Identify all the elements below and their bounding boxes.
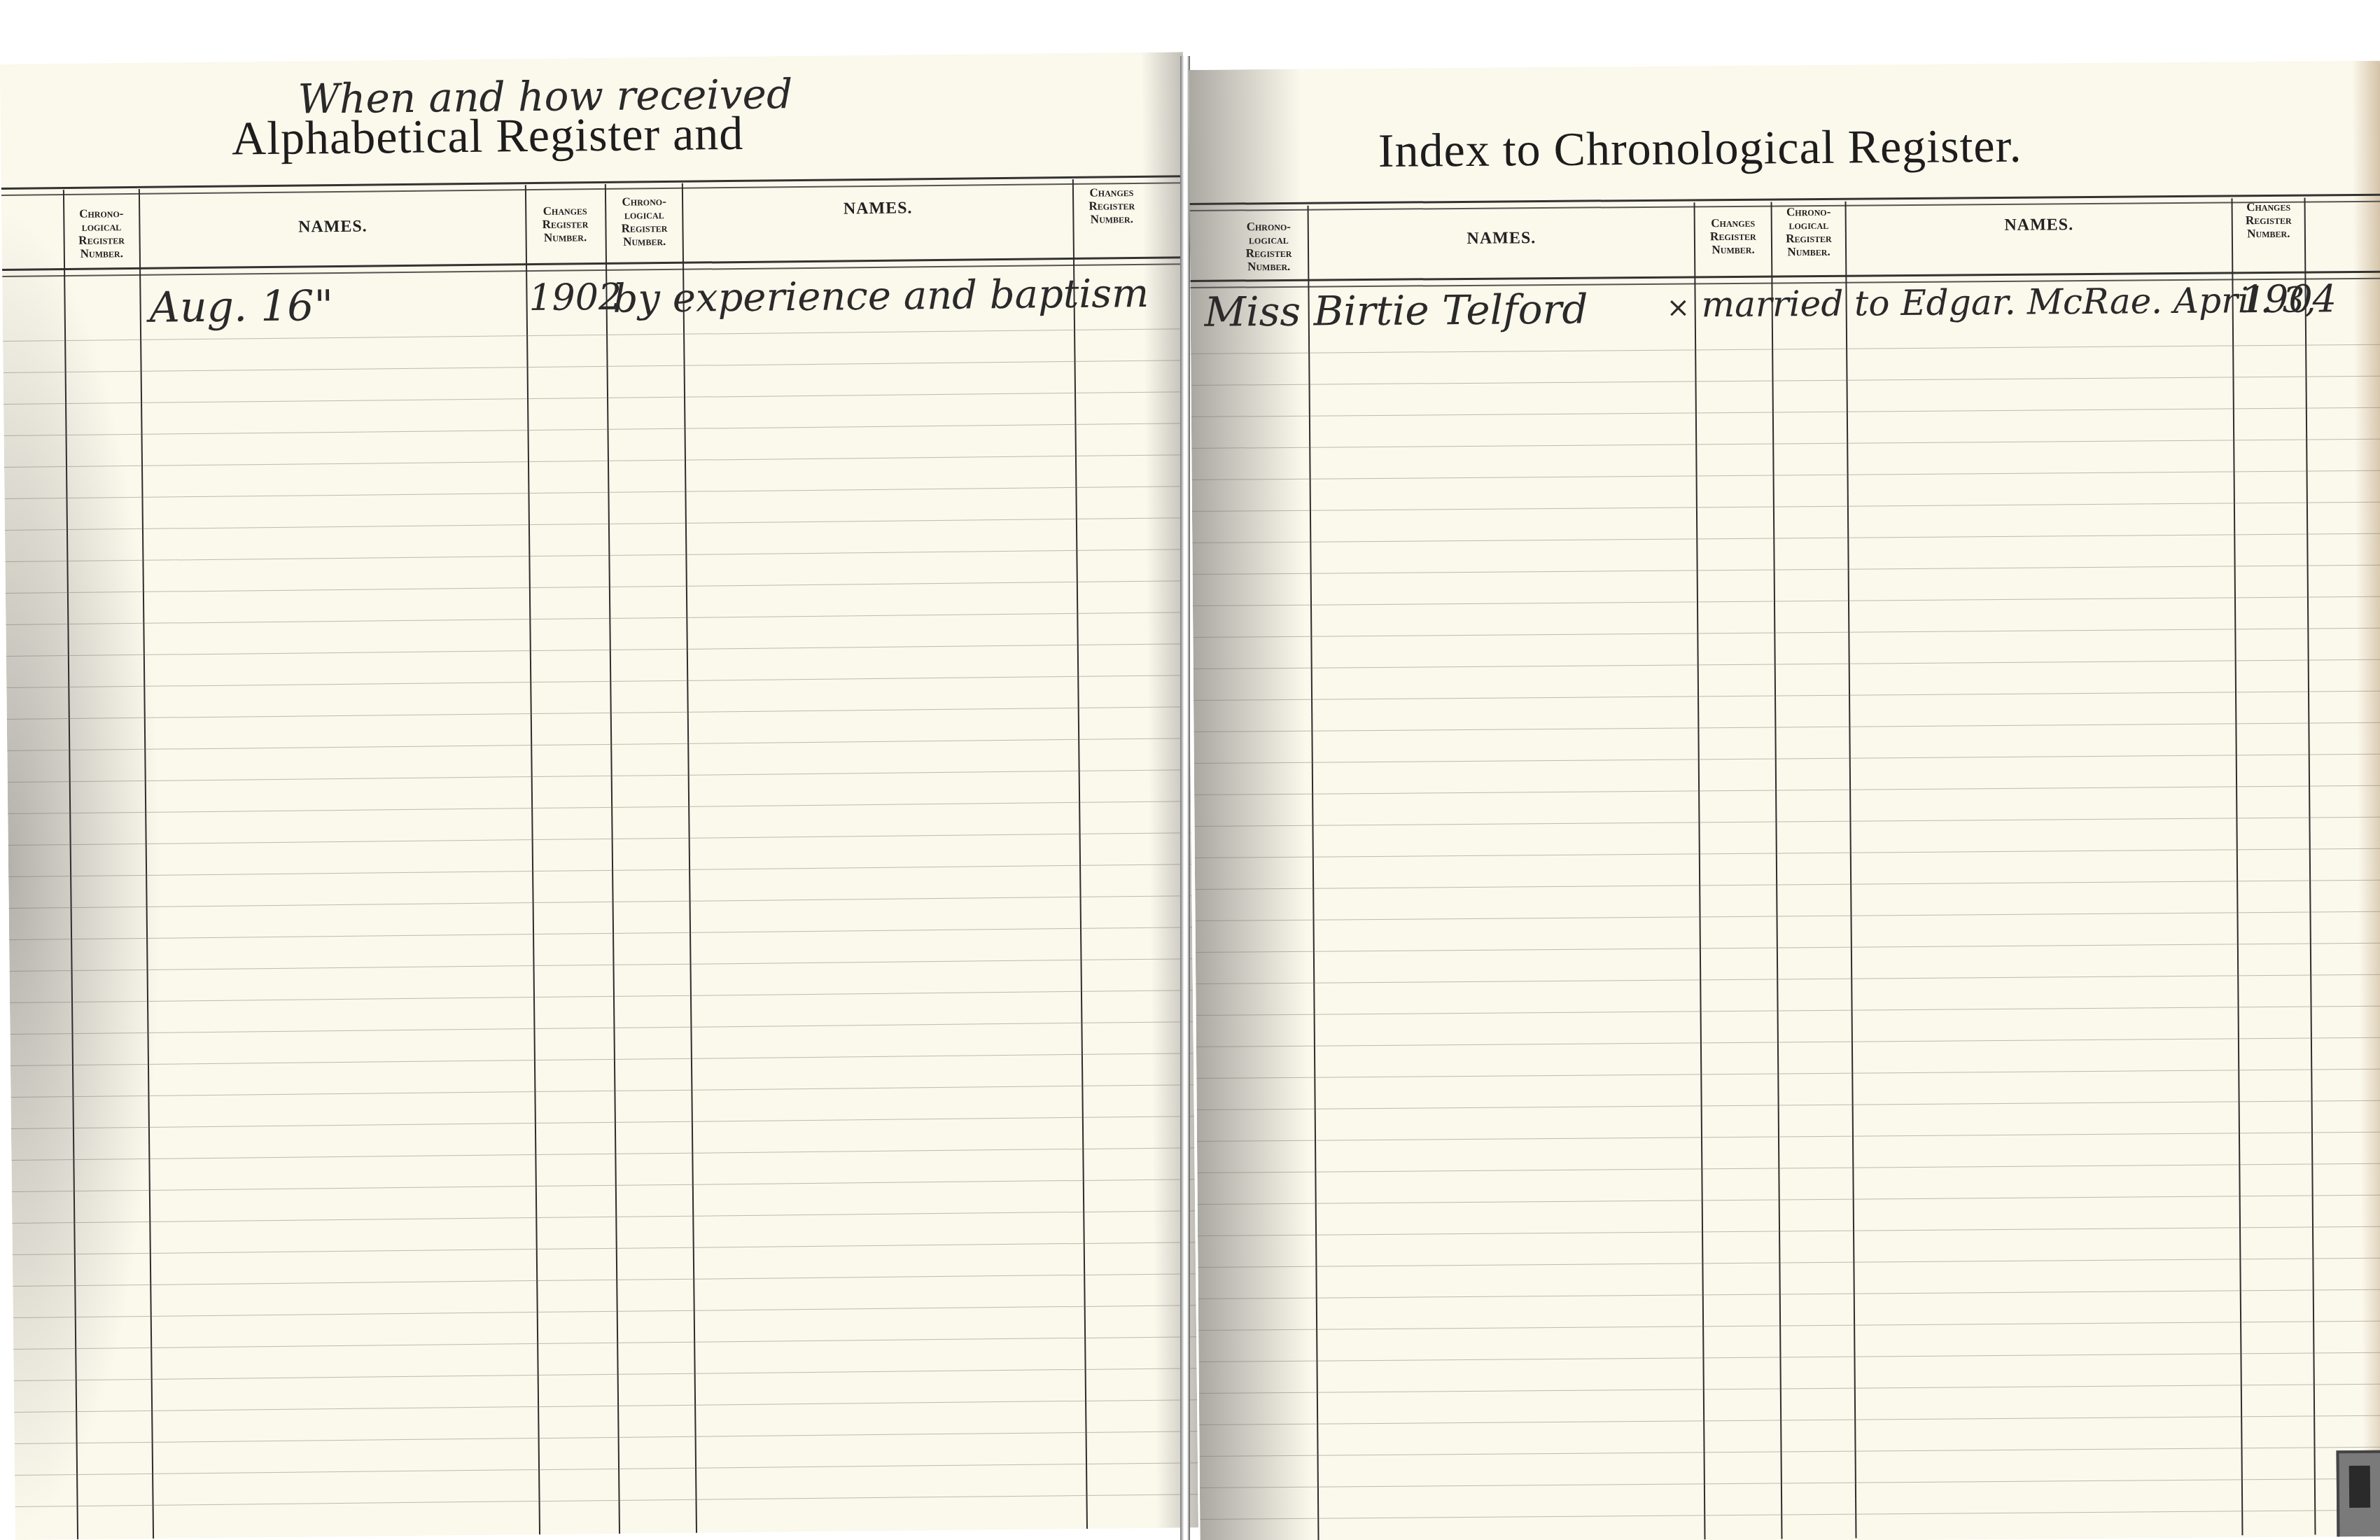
entry-how-received: by experience and baptism [612, 271, 1149, 322]
ruled-line [5, 549, 1188, 562]
header-line: Chrono- [606, 195, 682, 209]
header-line: Number. [527, 230, 604, 244]
ruled-line [1196, 1069, 2380, 1079]
right-page: Index to Chronological Register. Chrono-… [1189, 61, 2380, 1540]
page-title-left: Alphabetical Register and [232, 106, 744, 167]
ruled-line [1198, 1352, 2380, 1362]
column-header-chrono: Chrono- logical Register Number. [1232, 220, 1306, 274]
ruled-line [6, 612, 1189, 625]
header-line: logical [1772, 218, 1845, 232]
header-line: Number. [607, 234, 682, 248]
entry-year: 1902 [528, 276, 622, 319]
header-line: Changes [1695, 216, 1771, 230]
column-divider [139, 189, 154, 1540]
ruled-line [1198, 1195, 2380, 1205]
column-divider [1771, 202, 1783, 1539]
ruled-line [15, 1494, 1198, 1507]
ruled-line [1199, 1384, 2380, 1394]
column-divider [1694, 202, 1706, 1539]
ruled-line [1200, 1447, 2380, 1457]
column-header-names: NAMES. [140, 218, 525, 236]
corner-stamp-icon [2337, 1450, 2380, 1540]
ruled-line [9, 895, 1192, 909]
ruled-line [6, 580, 1189, 594]
header-line: Chrono- [64, 206, 138, 220]
ruled-line [1191, 407, 2380, 417]
ruled-line [11, 1116, 1194, 1129]
ruled-line [4, 486, 1187, 499]
column-header-chrono: Chrono- logical Register Number. [64, 206, 139, 260]
ruled-line [10, 990, 1193, 1003]
ruled-line [8, 832, 1191, 846]
column-divider [682, 183, 697, 1534]
ruled-line [1198, 1226, 2380, 1236]
header-line: logical [1232, 233, 1305, 247]
ruled-line [1198, 1258, 2380, 1268]
ruled-line [13, 1305, 1196, 1318]
ruled-line [1196, 974, 2380, 984]
entry-change-note: married to Edgar. McRae. April. 3, [1701, 279, 2316, 325]
ruled-line [13, 1242, 1196, 1255]
ruled-line [10, 1053, 1193, 1066]
ruled-line [5, 517, 1188, 531]
ruled-line [1196, 943, 2380, 953]
header-line: logical [64, 220, 138, 234]
header-line: Number. [1232, 260, 1305, 274]
column-header-chrono-2: Chrono- logical Register Number. [606, 195, 682, 248]
header-line: Register [1232, 246, 1305, 260]
column-divider [2304, 197, 2316, 1534]
column-header-changes: Changes Register Number. [1695, 216, 1771, 256]
ruled-line [1197, 1132, 2380, 1142]
ruled-line [10, 1084, 1193, 1098]
ruled-line [12, 1179, 1195, 1192]
ruled-line [1194, 785, 2380, 795]
header-line: Number. [2233, 226, 2304, 240]
column-header-changes: Changes Register Number. [526, 204, 604, 244]
header-line: Chrono- [1772, 205, 1845, 219]
header-line: Register [1695, 229, 1771, 243]
column-header-changes-2: Changes Register Number. [2233, 199, 2304, 240]
header-line: Changes [2233, 199, 2304, 213]
left-page: When and how received Alphabetical Regis… [0, 52, 1198, 1540]
ruled-line [4, 423, 1187, 436]
ruled-line [14, 1368, 1197, 1381]
ruled-line [6, 675, 1189, 688]
header-line: Register [526, 217, 603, 231]
header-top-rule [1, 175, 1184, 196]
ruled-line [1196, 911, 2380, 921]
ruled-line [6, 643, 1189, 657]
header-line: Register [2233, 213, 2304, 227]
ruled-line [9, 927, 1192, 940]
ruled-line [1192, 533, 2380, 543]
entry-name: Miss Birtie Telford [1204, 286, 1588, 336]
ruled-line [1193, 722, 2380, 732]
ruled-line [1193, 565, 2380, 575]
column-divider [1072, 179, 1088, 1530]
column-divider [525, 185, 540, 1536]
ruled-line [1192, 470, 2380, 480]
header-line: Number. [1074, 212, 1149, 226]
column-divider [605, 184, 620, 1535]
header-line: logical [606, 208, 682, 222]
book-gutter [1180, 56, 1190, 1540]
ruled-line [1198, 1321, 2380, 1331]
ruled-line [1192, 502, 2380, 512]
ruled-line [12, 1210, 1195, 1224]
ruled-line [8, 801, 1191, 814]
ruled-line [1200, 1478, 2380, 1488]
ruled-line [8, 864, 1191, 877]
ruled-line [10, 958, 1193, 972]
ruled-line [15, 1431, 1198, 1444]
column-header-changes-2: Changes Register Number. [1074, 185, 1150, 226]
ruled-line [1191, 439, 2380, 449]
ruled-line [7, 738, 1190, 751]
ruled-line [1200, 1510, 2380, 1520]
header-line: Changes [1074, 185, 1149, 199]
ruled-line [3, 360, 1186, 373]
column-divider [63, 190, 78, 1540]
entry-date: Aug. 16" [149, 281, 333, 332]
ruled-line [1197, 1163, 2380, 1173]
ruled-line [1199, 1415, 2380, 1425]
ruled-line [7, 706, 1190, 720]
header-line: Chrono- [1232, 220, 1305, 234]
column-header-chrono-2: Chrono- logical Register Number. [1772, 205, 1846, 259]
header-line: Changes [526, 204, 603, 218]
ruled-line [1196, 1006, 2380, 1016]
ruled-line [1195, 880, 2380, 890]
ruled-line [1191, 344, 2380, 354]
header-line: Number. [1772, 245, 1845, 259]
header-line: Number. [65, 246, 139, 260]
column-header-names-2: NAMES. [1847, 217, 2232, 233]
page-title-right: Index to Chronological Register. [1378, 118, 2022, 178]
ruled-line [15, 1462, 1198, 1476]
ruled-line [1191, 376, 2380, 386]
ruled-line [1193, 596, 2380, 606]
header-line: Register [1074, 199, 1149, 213]
ruled-line [1193, 628, 2380, 638]
column-divider [1845, 202, 1857, 1539]
ruled-line [1197, 1100, 2380, 1110]
column-header-names-2: NAMES. [683, 200, 1072, 218]
ruled-line [1194, 817, 2380, 827]
ruled-line [13, 1336, 1196, 1350]
column-header-names: NAMES. [1309, 230, 1694, 246]
ruled-line [3, 391, 1186, 405]
ruled-line [14, 1399, 1197, 1413]
page-edge [2352, 61, 2380, 1536]
ruled-line [10, 1021, 1193, 1035]
ruled-line [11, 1147, 1194, 1161]
ruled-line [1195, 848, 2380, 858]
ruled-line [1193, 659, 2380, 669]
ruled-line [1196, 1037, 2380, 1047]
header-line: Register [65, 233, 139, 247]
ruled-line [1198, 1289, 2380, 1299]
column-divider [2231, 198, 2243, 1535]
header-line: Register [1772, 232, 1845, 246]
ruled-line [4, 454, 1187, 468]
ruled-line [1193, 691, 2380, 701]
header-line: Number. [1695, 242, 1771, 256]
header-line: Register [606, 221, 682, 235]
ruled-line [8, 769, 1191, 783]
entry-year: 1904 [2240, 276, 2337, 321]
ruled-line [1194, 754, 2380, 764]
ruled-line [13, 1273, 1196, 1287]
entry-mark: × [1667, 291, 1690, 323]
